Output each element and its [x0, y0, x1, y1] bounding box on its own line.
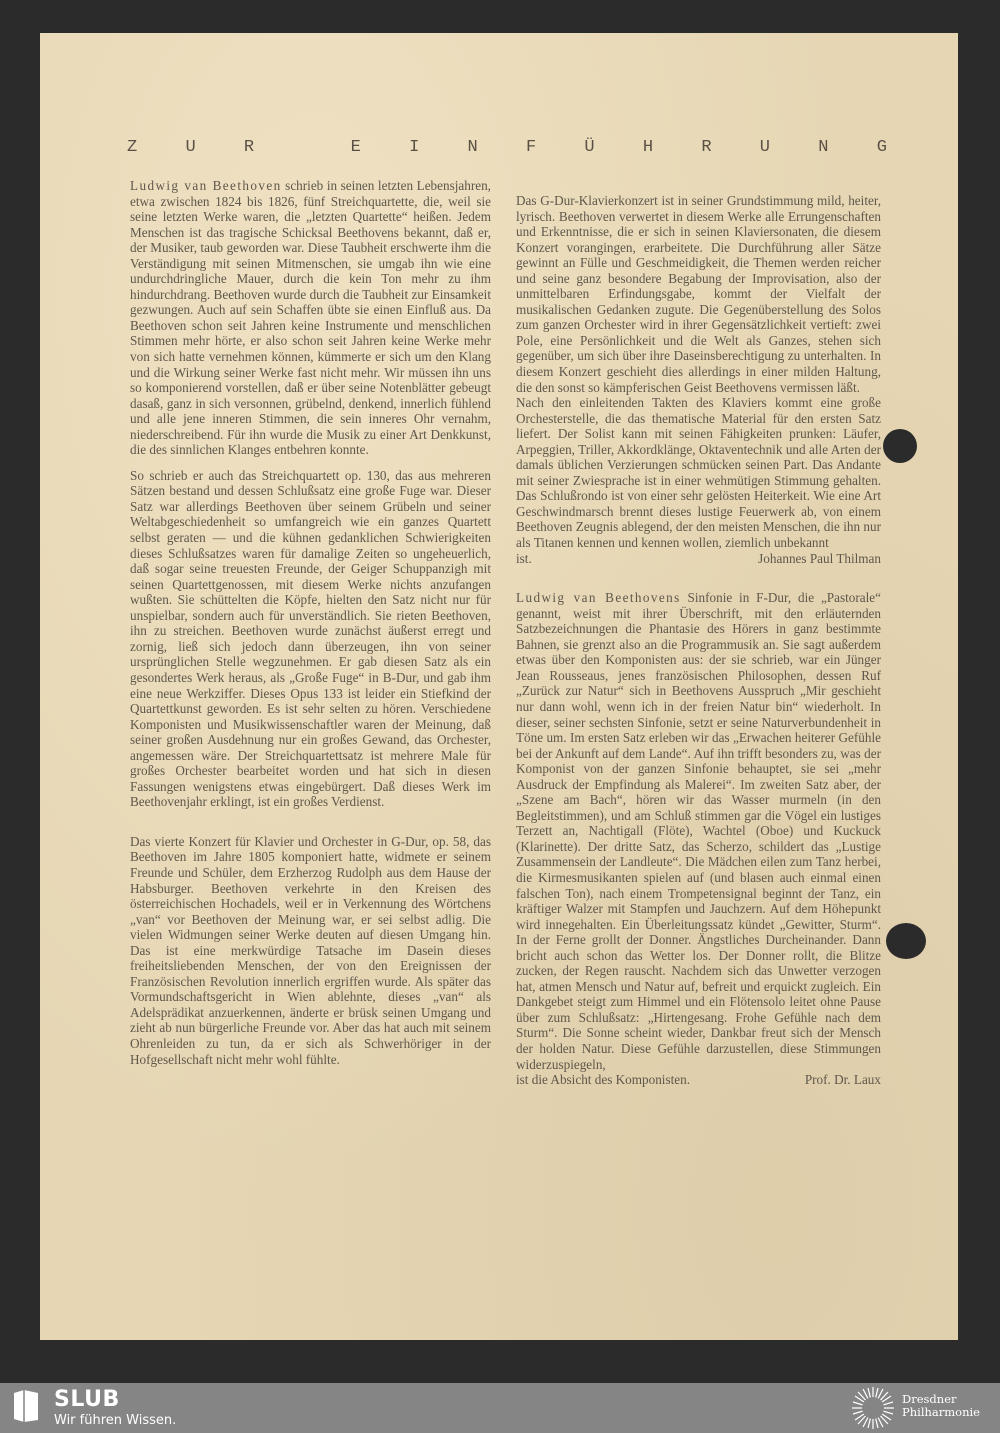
paragraph-lead: Ludwig van Beethoven [130, 178, 282, 193]
signature-line: ist die Absicht des Komponisten. Prof. D… [516, 1072, 881, 1088]
heading-letter: U [760, 138, 770, 157]
heading-letter: H [643, 138, 653, 157]
punch-hole [886, 923, 926, 959]
philharmonie-logo-text[interactable]: Dresdner Philharmonie [902, 1393, 980, 1419]
paragraph-concerto-movements: Nach den einleitenden Takten des Klavier… [516, 395, 881, 550]
paragraph-grosse-fuge: So schrieb er auch das Streichquartett o… [130, 468, 491, 810]
page-heading: Z U R E I N F Ü H R U N G [127, 138, 887, 157]
slub-tagline: Wir führen Wissen. [54, 1413, 176, 1428]
paragraph-string-quartets: Ludwig van Beethoven schrieb in seinen l… [130, 178, 491, 458]
heading-letter: U [185, 138, 195, 157]
paragraph-pastorale: Ludwig van Beethovens Sinfonie in F-Dur,… [516, 590, 881, 1072]
heading-letter: Z [127, 138, 137, 157]
heading-letter: R [244, 138, 254, 157]
heading-letter: G [877, 138, 887, 157]
author-signature: Johannes Paul Thilman [758, 551, 881, 567]
signature-line: ist. Johannes Paul Thilman [516, 551, 881, 567]
heading-letter: I [409, 138, 419, 157]
paragraph-g-dur-concerto: Das G-Dur-Klavierkonzert ist in seiner G… [516, 193, 881, 395]
paragraph-piano-concerto: Das vierte Konzert für Klavier und Orche… [130, 834, 491, 1067]
heading-letter: N [818, 138, 828, 157]
slub-logo-text[interactable]: SLUB [54, 1387, 120, 1412]
paragraph-lead: Ludwig van Beethovens [516, 590, 681, 605]
philharmonie-sunburst-icon [850, 1386, 896, 1430]
slub-book-icon [12, 1389, 42, 1423]
left-column: Ludwig van Beethoven schrieb in seinen l… [130, 178, 491, 1067]
heading-letter: Ü [584, 138, 594, 157]
heading-letter: N [468, 138, 478, 157]
punch-hole [883, 429, 917, 463]
right-column: Das G-Dur-Klavierkonzert ist in seiner G… [516, 193, 881, 1088]
heading-letter: F [526, 138, 536, 157]
heading-letter: R [701, 138, 711, 157]
footer-bar: SLUB Wir führen Wissen. Dresdner Philhar… [0, 1383, 1000, 1433]
heading-letter: E [351, 138, 361, 157]
author-signature: Prof. Dr. Laux [805, 1072, 881, 1088]
